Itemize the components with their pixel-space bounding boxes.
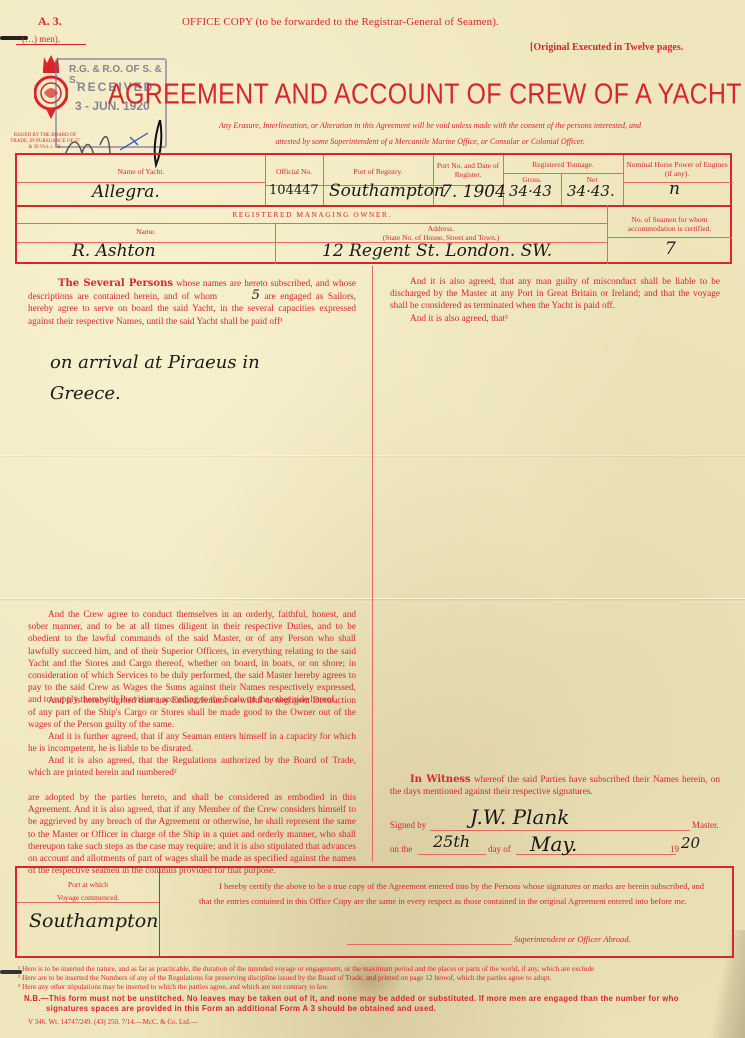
embezzlement-clause: And it is hereby agreed that any Embezzl… bbox=[28, 695, 356, 732]
header-managing-owner: REGISTERED MANAGING OWNER. bbox=[17, 210, 607, 219]
header-owner-address: Address. (State No. of House, Street and… bbox=[275, 224, 607, 242]
erasure-note-line: Any Erasure, Interlineation, or Alterati… bbox=[150, 118, 710, 134]
year-prefix: 19 bbox=[670, 844, 679, 854]
print-code: V 346. Wt. 14747/249. (43) 250. 7/14.—Mc… bbox=[28, 1018, 198, 1026]
witness-clause: In Witness whereof the said Parties have… bbox=[390, 774, 720, 798]
regulations-clause: And it is also agreed, that the Regulati… bbox=[28, 755, 356, 779]
men-label: (…) men). bbox=[22, 34, 60, 44]
divider bbox=[16, 44, 86, 45]
header-port-of-registry: Port of Registry. bbox=[323, 167, 433, 176]
header-horse-power: Nominal Horse Power of Engines (if any). bbox=[623, 160, 731, 178]
master-label: Master. bbox=[692, 820, 719, 830]
voyage-terms-handwritten-line1: on arrival at Piraeus in bbox=[50, 352, 260, 373]
port-voyage-label: Port at which Voyage commenced. bbox=[17, 878, 159, 904]
net-tonnage-value: 34·43. bbox=[567, 182, 615, 200]
port-no-date-value: 7. 1904 bbox=[441, 182, 506, 202]
voyage-terms-handwritten-line2: Greece. bbox=[50, 383, 121, 404]
owner-name-value: R. Ashton bbox=[72, 241, 156, 261]
sailors-count-value: 5 bbox=[222, 288, 260, 303]
header-name-of-yacht: Name of Yacht. bbox=[17, 167, 265, 176]
superintendent-label: Superintendent or Officer Abroad. bbox=[514, 934, 631, 944]
on-the-label: on the bbox=[390, 844, 412, 854]
misconduct-clause: And it is also agreed, that any man guil… bbox=[390, 276, 720, 313]
witness-lead: In Witness bbox=[410, 774, 471, 785]
document-title: AGREEMENT AND ACCOUNT OF CREW OF A YACHT bbox=[108, 78, 742, 111]
header-owner-name: Name. bbox=[17, 227, 275, 236]
signing-day-value: 25th bbox=[433, 832, 470, 851]
horse-power-value: n bbox=[669, 179, 680, 199]
master-signature: J.W. Plank bbox=[470, 805, 569, 829]
gross-tonnage-value: 34·43 bbox=[509, 182, 552, 200]
day-line bbox=[418, 854, 486, 855]
signing-year-value: 20 bbox=[681, 834, 700, 852]
signed-by-label: Signed by bbox=[390, 820, 426, 830]
footnote-3: ³ Here any other stipulations may be ins… bbox=[18, 982, 329, 991]
incompetence-clause: And it is further agreed, that if any Se… bbox=[28, 731, 356, 755]
original-note: [Original Executed in Twelve pages. bbox=[530, 42, 683, 53]
owner-address-value: 12 Regent St. London. SW. bbox=[322, 241, 552, 261]
footnote-1: ¹ Here is to be inserted the nature, and… bbox=[18, 964, 594, 973]
signing-month-value: May. bbox=[530, 832, 577, 856]
certification-text: I hereby certify the above to be a true … bbox=[199, 879, 704, 908]
header-port-no-date: Port No. and Date of Register. bbox=[433, 161, 503, 179]
superintendent-signature-line bbox=[347, 944, 512, 945]
port-label-line: Port at which bbox=[17, 878, 159, 891]
signature-line bbox=[430, 830, 690, 831]
form-code: A. 3. bbox=[38, 14, 62, 29]
several-persons-clause: The Several Persons whose names are here… bbox=[28, 278, 356, 328]
port-voyage-value: Southampton bbox=[29, 910, 158, 932]
office-copy-heading: OFFICE COPY (to be forwarded to the Regi… bbox=[182, 16, 499, 28]
port-of-registry-value: Southampton bbox=[329, 181, 445, 201]
official-no-value: 104447 bbox=[269, 183, 319, 198]
day-of-label: day of bbox=[488, 844, 511, 854]
address-label: Address. bbox=[275, 224, 607, 233]
yacht-name-value: Allegra. bbox=[92, 182, 160, 202]
nb-notice-line1: N.B.—This form must not be unstitched. N… bbox=[24, 994, 679, 1003]
nb-notice-line2: signatures spaces are provided in this F… bbox=[46, 1004, 436, 1013]
adopted-clause: are adopted by the parties hereto, and s… bbox=[28, 792, 356, 877]
certificate-box: Port at which Voyage commenced. Southamp… bbox=[15, 866, 734, 958]
header-seamen-accommodation: No. of Seamen for whom accommodation is … bbox=[607, 215, 732, 233]
footnote-2: ² Here are to be inserted the Numbers of… bbox=[18, 973, 552, 982]
several-persons-lead: The Several Persons bbox=[58, 278, 173, 289]
yacht-details-table: Name of Yacht. Official No. Port of Regi… bbox=[15, 153, 732, 264]
column-divider bbox=[372, 266, 373, 862]
erasure-note-line: attested by some Superintendent of a Mer… bbox=[150, 134, 710, 150]
seamen-accommodation-value: 7 bbox=[665, 239, 676, 259]
crew-agreement-clause: And the Crew agree to conduct themselves… bbox=[28, 609, 356, 707]
header-registered-tonnage: Registered Tonnage. bbox=[503, 160, 623, 169]
header-official-no: Official No. bbox=[265, 167, 323, 176]
also-agreed-clause: And it is also agreed, that³ bbox=[410, 313, 710, 325]
erasure-note: Any Erasure, Interlineation, or Alterati… bbox=[150, 118, 710, 150]
port-label-line: Voyage commenced. bbox=[17, 891, 159, 904]
